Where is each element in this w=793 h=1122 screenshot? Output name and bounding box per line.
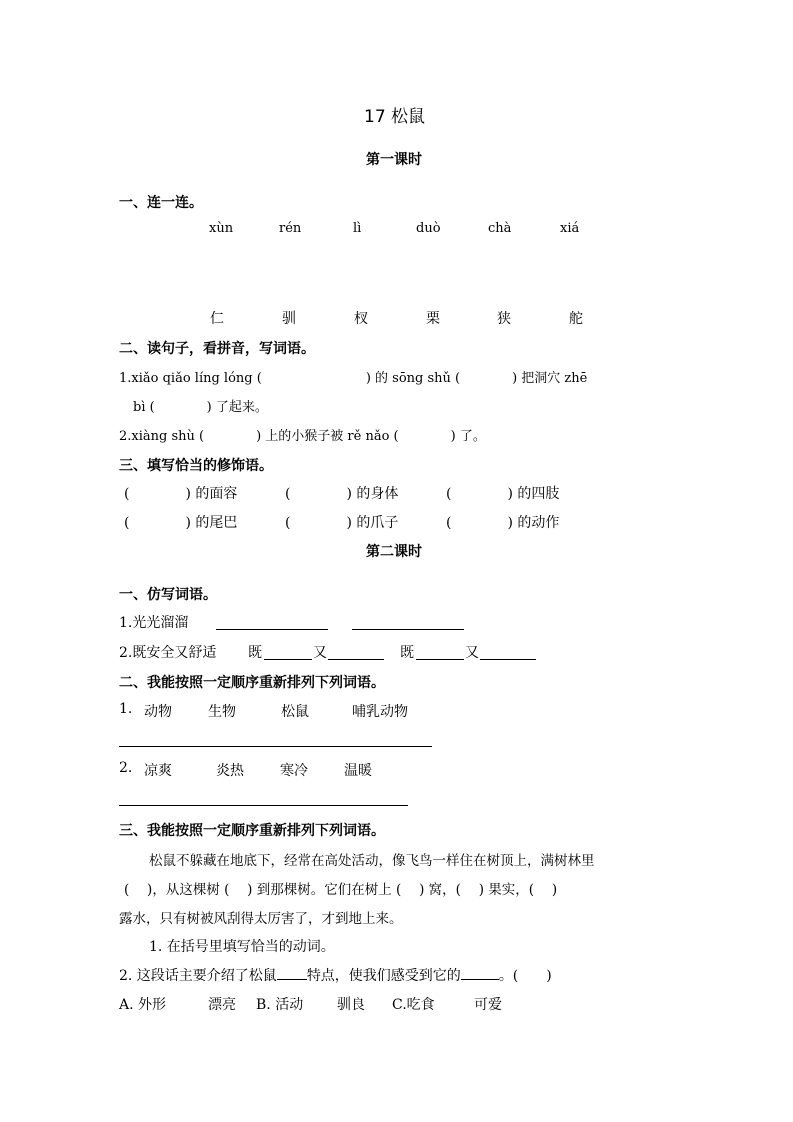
answer-line[interactable] [328,659,384,660]
option-a-word: 漂亮 [208,994,236,1014]
word: 松鼠 [281,701,309,721]
sentence-2[interactable]: 2.xiàng shù ( ) 上的小猴子被 rě nǎo ( ) 了。 [119,425,486,444]
section-2-heading: 二、读句子，看拼音，写词语。 [119,338,315,358]
question-1: 1. 在括号里填写恰当的动词。 [149,936,335,956]
lesson-1-title: 第一课时 [366,149,422,169]
sentence-1-cont[interactable]: bì ( ) 了起来。 [133,396,268,415]
you-label: 又 [313,642,327,662]
answer-line[interactable] [119,746,432,747]
lesson-2-title: 第二课时 [366,541,422,561]
modifier-blank[interactable]: ( ) 的爪子 [285,512,398,532]
character-item[interactable]: 栗 [426,308,440,328]
answer-line[interactable] [416,659,464,660]
character-item[interactable]: 仁 [210,308,224,328]
option-b-label[interactable]: B. 活动 [256,994,303,1014]
imitate-item-2-label: 2.既安全又舒适 [119,642,216,662]
option-a-label[interactable]: A. 外形 [119,994,166,1014]
word: 温暖 [344,760,372,780]
section-3-heading: 三、我能按照一定顺序重新排列下列词语。 [119,820,385,840]
modifier-blank[interactable]: ( ) 的身体 [285,483,398,503]
pinyin-item[interactable]: chà [488,221,511,236]
section-3-heading: 三、填写恰当的修饰语。 [119,455,273,475]
page-title: 17 松鼠 [364,102,425,127]
question-2-part-a: 2. 这段话主要介绍了松鼠 [119,968,277,984]
answer-line[interactable] [119,805,408,806]
paragraph-line: 露水，只有树被风刮得太厉害了，才到地上来。 [119,907,403,927]
pinyin-item[interactable]: lì [353,221,361,236]
answer-line[interactable] [216,629,328,630]
modifier-blank[interactable]: ( ) 的四肢 [446,483,559,503]
paragraph-line[interactable]: ( )，从这棵树 ( ) 到那棵树。它们在树上 ( ) 窝，( ) 果实，( ) [124,878,557,898]
answer-line[interactable] [352,629,464,630]
question-2: 2. 这段话主要介绍了松鼠特点，使我们感受到它的。( ) [119,965,552,985]
pinyin-item[interactable]: xùn [209,221,233,236]
question-2-part-c[interactable]: 。( ) [499,968,552,984]
answer-blank[interactable] [277,965,307,980]
ji-label: 既 [248,642,262,662]
word: 炎热 [216,760,244,780]
word: 生物 [208,701,236,721]
answer-line[interactable] [480,659,536,660]
question-2-part-b: 特点，使我们感受到它的 [307,968,461,984]
option-c-word: 可爱 [474,994,502,1014]
word: 哺乳动物 [352,701,408,721]
ji-label: 既 [400,642,414,662]
section-1-heading: 一、连一连。 [119,192,203,212]
pinyin-item[interactable]: xiá [560,221,579,236]
character-item[interactable]: 狭 [497,308,511,328]
modifier-blank[interactable]: ( ) 的尾巴 [124,512,237,532]
word: 动物 [144,701,172,721]
answer-blank[interactable] [461,965,499,980]
you-label: 又 [465,642,479,662]
order-item-2-num: 2. [119,760,132,776]
paragraph-line: 松鼠不躲藏在地底下，经常在高处活动，像飞鸟一样住在树顶上，满树林里 [149,849,595,869]
pinyin-item[interactable]: rén [279,221,301,236]
word: 寒冷 [280,760,308,780]
section-1-heading: 一、仿写词语。 [119,584,217,604]
character-item[interactable]: 驯 [282,308,296,328]
option-b-word: 驯良 [337,994,365,1014]
pinyin-item[interactable]: duò [416,221,441,236]
imitate-item-1-label: 1.光光溜溜 [119,612,188,632]
sentence-1[interactable]: 1.xiǎo qiǎo líng lóng ( ) 的 sōng shǔ ( )… [119,367,587,386]
modifier-blank[interactable]: ( ) 的面容 [124,483,237,503]
word: 凉爽 [144,760,172,780]
character-item[interactable]: 舵 [569,308,583,328]
option-c-label[interactable]: C.吃食 [392,994,435,1014]
section-2-heading: 二、我能按照一定顺序重新排列下列词语。 [119,672,385,692]
order-item-1-num: 1. [119,701,132,717]
character-item[interactable]: 杈 [354,308,368,328]
answer-line[interactable] [264,659,312,660]
modifier-blank[interactable]: ( ) 的动作 [446,512,559,532]
